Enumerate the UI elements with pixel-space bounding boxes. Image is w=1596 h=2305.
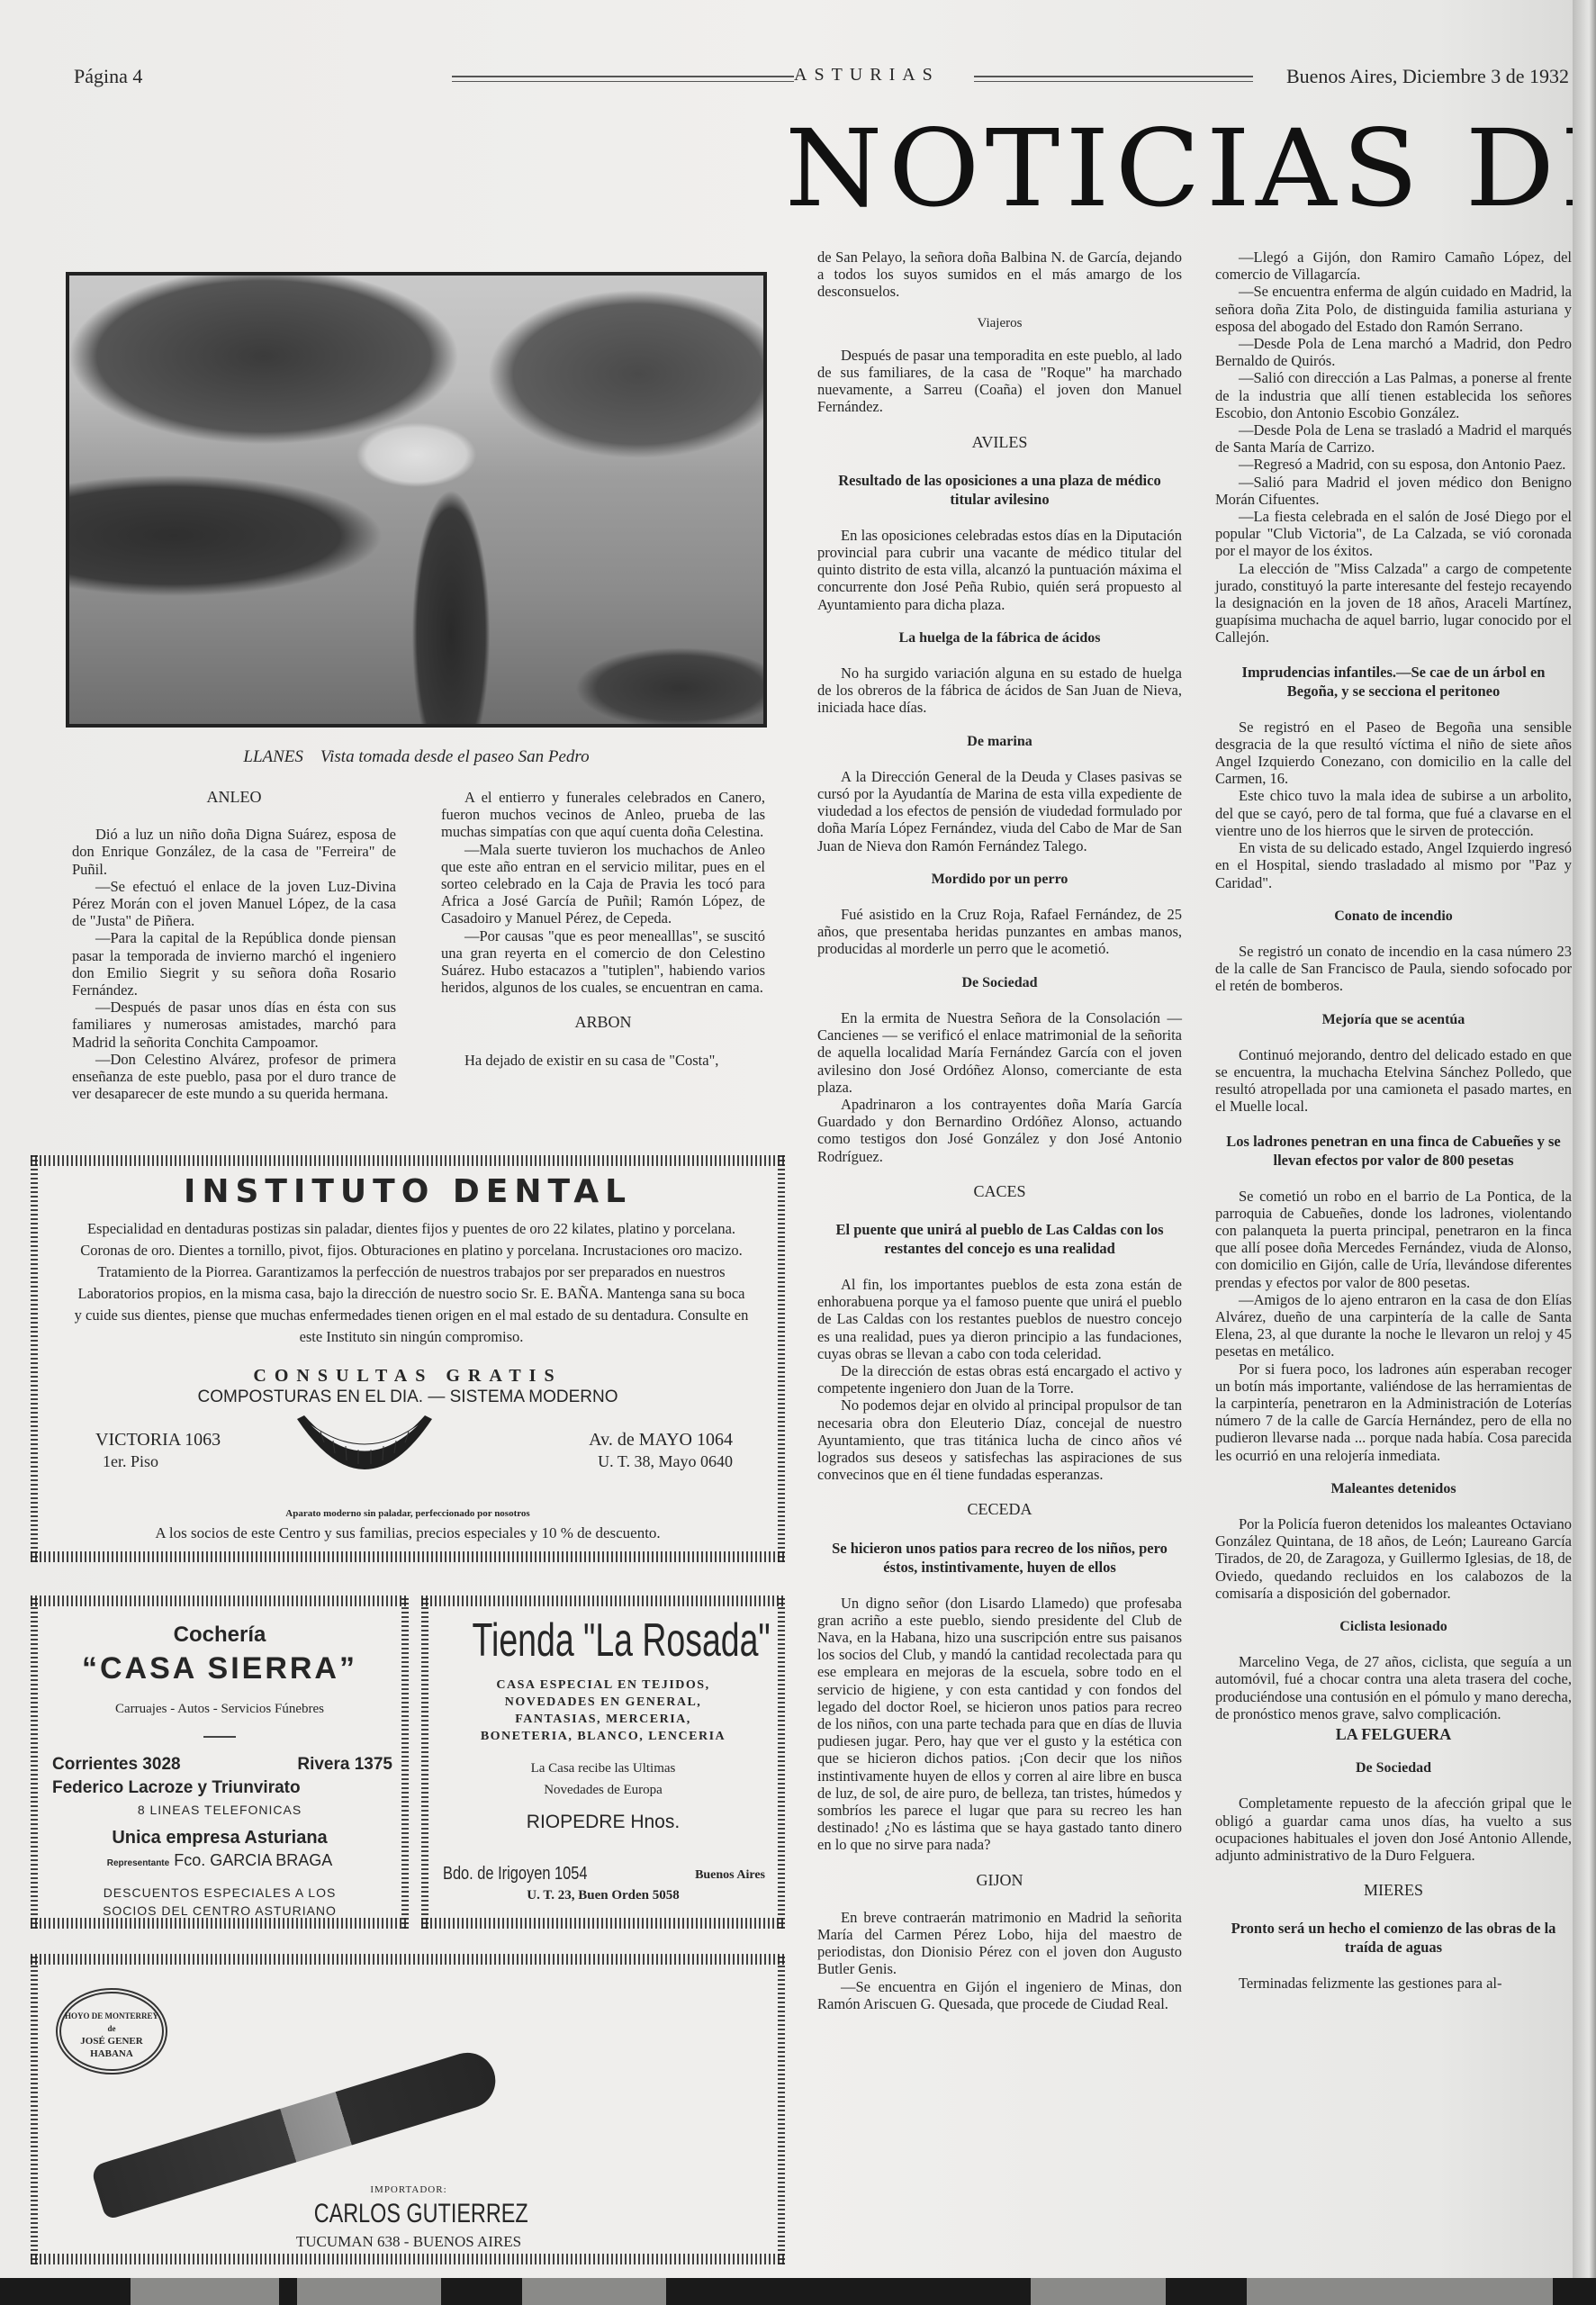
ad-title-line2: “CASA SIERRA” <box>31 1651 409 1686</box>
section-title-mieres: MIERES <box>1215 1882 1572 1899</box>
ad-title: Tienda "La Rosada" <box>473 1613 735 1668</box>
paragraph: —Se efectuó el enlace de la joven Luz-Di… <box>72 878 396 930</box>
paragraph: —Llegó a Gijón, don Ramiro Camaño López,… <box>1215 249 1572 283</box>
ad-phone: U. T. 23, Buen Orden 5058 <box>421 1888 785 1903</box>
logo-line: HOYO DE MONTERREY <box>61 2010 162 2022</box>
paragraph: En vista de su delicado estado, Angel Iz… <box>1215 839 1572 891</box>
newspaper-page: Página 4 ASTURIAS Buenos Aires, Diciembr… <box>0 0 1596 2278</box>
subhead-patios: Se hicieron unos patios para recreo de l… <box>817 1539 1182 1577</box>
paragraph: En las oposiciones celebradas estos días… <box>817 527 1182 613</box>
paragraph: —Regresó a Madrid, con su esposa, don An… <box>1215 456 1572 473</box>
paragraph: Terminadas felizmente las gestiones para… <box>1215 1975 1572 1992</box>
subhead-viajeros: Viajeros <box>817 315 1182 332</box>
ad-right-address: Av. de MAYO 1064 <box>589 1430 733 1451</box>
issue-date: Buenos Aires, Diciembre 3 de 1932 <box>1286 65 1569 88</box>
ad-title-line1: Cochería <box>31 1623 409 1648</box>
subhead-ladrones: Los ladrones penetran en una finca de Ca… <box>1215 1132 1572 1170</box>
border-zigzag <box>31 1551 785 1562</box>
paragraph: —Se encuentra en Gijón el ingeniero de M… <box>817 1978 1182 2012</box>
paragraph: Al fin, los importantes pueblos de esta … <box>817 1276 1182 1362</box>
rep-label: Representante <box>107 1858 169 1868</box>
paragraph: —Después de pasar unos días en ésta con … <box>72 999 396 1051</box>
paragraph: Marcelino Vega, de 27 años, ciclista, qu… <box>1215 1653 1572 1722</box>
paragraph: —Salió para Madrid el joven médico don B… <box>1215 474 1572 508</box>
subhead-perro: Mordido por un perro <box>817 871 1182 888</box>
ad-owner: RIOPEDRE Hnos. <box>421 1812 785 1833</box>
section-title-arbon: ARBON <box>441 1014 765 1031</box>
ad-representative: Representante Fco. GARCIA BRAGA <box>31 1851 409 1870</box>
column-right: —Llegó a Gijón, don Ramiro Camaño López,… <box>1215 249 1572 1993</box>
paragraph: —La fiesta celebrada en el salón de José… <box>1215 508 1572 560</box>
paragraph: No podemos dejar en olvido al principal … <box>817 1397 1182 1483</box>
border-zigzag <box>31 2254 785 2264</box>
logo-line: HABANA <box>61 2047 162 2060</box>
border-zigzag <box>31 1954 38 2264</box>
ad-tienda-la-rosada: Tienda "La Rosada" CASA ESPECIAL EN TEJI… <box>421 1595 785 1929</box>
paragraph: La elección de "Miss Calzada" a cargo de… <box>1215 560 1572 646</box>
section-title-caces: CACES <box>817 1183 1182 1200</box>
subhead-sociedad: De Sociedad <box>817 974 1182 991</box>
subhead-puente: El puente que unirá al pueblo de Las Cal… <box>817 1220 1182 1258</box>
ad-discount: DESCUENTOS ESPECIALES A LOSSOCIOS DEL CE… <box>31 1884 409 1920</box>
caption-text: Vista tomada desde el paseo San Pedro <box>320 747 590 766</box>
ad-composturas: COMPOSTURAS EN EL DIA. — SISTEMA MODERNO <box>31 1388 785 1407</box>
ad-left-address: VICTORIA 1063 <box>95 1430 221 1451</box>
border-zigzag <box>31 1155 785 1166</box>
paragraph: Después de pasar una temporadita en este… <box>817 347 1182 416</box>
section-title-aviles: AVILES <box>817 434 1182 451</box>
paragraph: Este chico tuvo la mala idea de subirse … <box>1215 787 1572 839</box>
llanes-photo <box>66 272 767 728</box>
ad-novedades: La Casa recibe las UltimasNovedades de E… <box>421 1758 785 1801</box>
border-zigzag <box>421 1595 785 1606</box>
ad-description: CASA ESPECIAL EN TEJIDOS, NOVEDADES EN G… <box>421 1677 785 1745</box>
subhead-huelga: La huelga de la fábrica de ácidos <box>817 629 1182 646</box>
paragraph: Se cometió un robo en el barrio de La Po… <box>1215 1188 1572 1291</box>
header-rule-right <box>974 76 1253 82</box>
paragraph: Completamente repuesto de la afección gr… <box>1215 1794 1572 1864</box>
ad-lines: 8 LINEAS TELEFONICAS <box>31 1803 409 1817</box>
section-title-anleo: ANLEO <box>72 789 396 806</box>
ad-title: INSTITUTO DENTAL <box>31 1173 785 1210</box>
paragraph: —Mala suerte tuvieron los muchachos de A… <box>441 841 765 927</box>
paragraph: —Don Celestino Alvárez, profesor de prim… <box>72 1051 396 1103</box>
paragraph: Apadrinaron a los contrayentes doña Marí… <box>817 1096 1182 1165</box>
border-zigzag <box>31 1595 409 1606</box>
cigar-brand-logo: HOYO DE MONTERREY de JOSÉ GENER HABANA <box>56 1988 167 2074</box>
paragraph: Dió a luz un niño doña Digna Suárez, esp… <box>72 826 396 878</box>
paragraph: Se registró un conato de incendio en la … <box>1215 943 1572 995</box>
desc-line: BONETERIA, BLANCO, LENCERIA <box>421 1728 785 1745</box>
ad-body: Especialidad en dentaduras postizas sin … <box>74 1218 749 1348</box>
subhead-maleantes: Maleantes detenidos <box>1215 1480 1572 1497</box>
paragraph: Un digno señor (don Lisardo Llamedo) que… <box>817 1595 1182 1854</box>
photo-caption: LLANES Vista tomada desde el paseo San P… <box>66 747 767 767</box>
section-title-ceceda: CECEDA <box>817 1501 1182 1518</box>
paragraph: En la ermita de Nuestra Señora de la Con… <box>817 1009 1182 1096</box>
discount-line: DESCUENTOS ESPECIALES A LOS <box>31 1884 409 1902</box>
discount-line: SOCIOS DEL CENTRO ASTURIANO <box>31 1902 409 1920</box>
ad-city: Buenos Aires <box>695 1868 765 1883</box>
page-fold-shadow <box>1573 0 1596 2305</box>
ad-aparato: Aparato moderno sin paladar, perfecciona… <box>31 1508 785 1519</box>
border-zigzag <box>778 1954 785 2264</box>
section-headline: NOTICIAS DE <box>785 106 1596 230</box>
scan-edge <box>0 2278 1596 2305</box>
page-header: Página 4 ASTURIAS Buenos Aires, Diciembr… <box>74 65 1569 92</box>
section-title-felguera: LA FELGUERA <box>1215 1726 1572 1743</box>
subhead-oposiciones: Resultado de las oposiciones a una plaza… <box>817 471 1182 509</box>
paragraph: No ha surgido variación alguna en su est… <box>817 664 1182 717</box>
paragraph: —Desde Pola de Lena marchó a Madrid, don… <box>1215 335 1572 369</box>
ad-address: Bdo. de Irigoyen 1054 <box>443 1864 587 1885</box>
subhead-traida-aguas: Pronto será un hecho el comienzo de las … <box>1215 1919 1572 1957</box>
masthead: ASTURIAS <box>794 65 938 86</box>
section-title-gijon: GIJON <box>817 1872 1182 1889</box>
desc-line: NOVEDADES EN GENERAL, <box>421 1694 785 1711</box>
border-zigzag <box>31 1155 38 1562</box>
logo-line: de <box>61 2022 162 2035</box>
novedades-line: Novedades de Europa <box>421 1779 785 1801</box>
paragraph: De la dirección de estas obras está enca… <box>817 1362 1182 1397</box>
column-anleo: ANLEO Dió a luz un niño doña Digna Suáre… <box>72 780 396 1102</box>
paragraph: A la Dirección General de la Deuda y Cla… <box>817 768 1182 854</box>
header-rule-left <box>452 76 794 82</box>
paragraph: En breve contraerán matrimonio en Madrid… <box>817 1909 1182 1978</box>
border-zigzag <box>778 1155 785 1562</box>
address-lacroze: Federico Lacroze y Triunvirato <box>52 1776 301 1800</box>
novedades-line: La Casa recibe las Ultimas <box>421 1758 785 1779</box>
ad-services: Carruajes - Autos - Servicios Fúnebres <box>31 1702 409 1717</box>
ad-socios: A los socios de este Centro y sus famili… <box>31 1524 785 1542</box>
address-corrientes: Corrientes 3028 <box>52 1753 181 1776</box>
divider <box>203 1736 236 1738</box>
column-anleo-cont: A el entierro y funerales celebrados en … <box>441 789 765 1069</box>
paragraph: Por si fuera poco, los ladrones aún espe… <box>1215 1360 1572 1464</box>
subhead-conato: Conato de incendio <box>1215 908 1572 925</box>
page-number: Página 4 <box>74 65 142 88</box>
paragraph: Ha dejado de existir en su casa de "Cost… <box>441 1052 765 1069</box>
subhead-mejoria: Mejoría que se acentúa <box>1215 1011 1572 1028</box>
paragraph: Fué asistido en la Cruz Roja, Rafael Fer… <box>817 906 1182 958</box>
ad-instituto-dental: INSTITUTO DENTAL Especialidad en dentadu… <box>31 1155 785 1562</box>
paragraph: —Amigos de lo ajeno entraron en la casa … <box>1215 1291 1572 1360</box>
ad-unica: Unica empresa Asturiana <box>31 1828 409 1849</box>
paragraph: Por la Policía fueron detenidos los male… <box>1215 1515 1572 1602</box>
paragraph: —Salió con dirección a Las Palmas, a pon… <box>1215 369 1572 421</box>
desc-line: FANTASIAS, MERCERIA, <box>421 1711 785 1728</box>
paragraph: —Se encuentra enferma de algún cuidado e… <box>1215 283 1572 335</box>
subhead-imprudencias: Imprudencias infantiles.—Se cae de un ár… <box>1215 663 1572 701</box>
border-zigzag <box>421 1918 785 1929</box>
dentures-icon <box>293 1412 436 1497</box>
logo-line: JOSÉ GENER <box>61 2035 162 2047</box>
ad-left-floor: 1er. Piso <box>103 1452 158 1471</box>
paragraph: Se registró en el Paseo de Begoña una se… <box>1215 719 1572 788</box>
paragraph: —Por causas "que es peor menealllas", se… <box>441 927 765 997</box>
subhead-ciclista: Ciclista lesionado <box>1215 1618 1572 1635</box>
ad-address: TUCUMAN 638 - BUENOS AIRES <box>274 2233 544 2251</box>
ad-importador: IMPORTADOR: <box>301 2184 517 2195</box>
ad-right-phone: U. T. 38, Mayo 0640 <box>598 1452 733 1471</box>
paragraph: de San Pelayo, la señora doña Balbina N.… <box>817 249 1182 301</box>
address-rivera: Rivera 1375 <box>297 1753 392 1776</box>
subhead-felguera-sociedad: De Sociedad <box>1215 1759 1572 1776</box>
paragraph: A el entierro y funerales celebrados en … <box>441 789 765 841</box>
subhead-marina: De marina <box>817 733 1182 750</box>
rep-name: Fco. GARCIA BRAGA <box>174 1851 332 1869</box>
ad-gratis: CONSULTAS GRATIS <box>31 1366 785 1387</box>
ad-name: CARLOS GUTIERREZ <box>314 2199 504 2229</box>
border-zigzag <box>31 1954 785 1965</box>
desc-line: CASA ESPECIAL EN TEJIDOS, <box>421 1677 785 1694</box>
paragraph: —Desde Pola de Lena se trasladó a Madrid… <box>1215 421 1572 456</box>
paragraph: —Para la capital de la República donde p… <box>72 929 396 999</box>
paragraph: Continuó mejorando, dentro del delicado … <box>1215 1046 1572 1116</box>
ad-hoyo-de-monterrey: HOYO DE MONTERREY de JOSÉ GENER HABANA I… <box>31 1954 785 2264</box>
ad-casa-sierra: Cochería “CASA SIERRA” Carruajes - Autos… <box>31 1595 409 1929</box>
column-middle: de San Pelayo, la señora doña Balbina N.… <box>817 249 1182 2012</box>
ad-addresses: Corrientes 3028Rivera 1375 Federico Lacr… <box>52 1753 392 1800</box>
caption-place: LLANES <box>243 747 303 766</box>
